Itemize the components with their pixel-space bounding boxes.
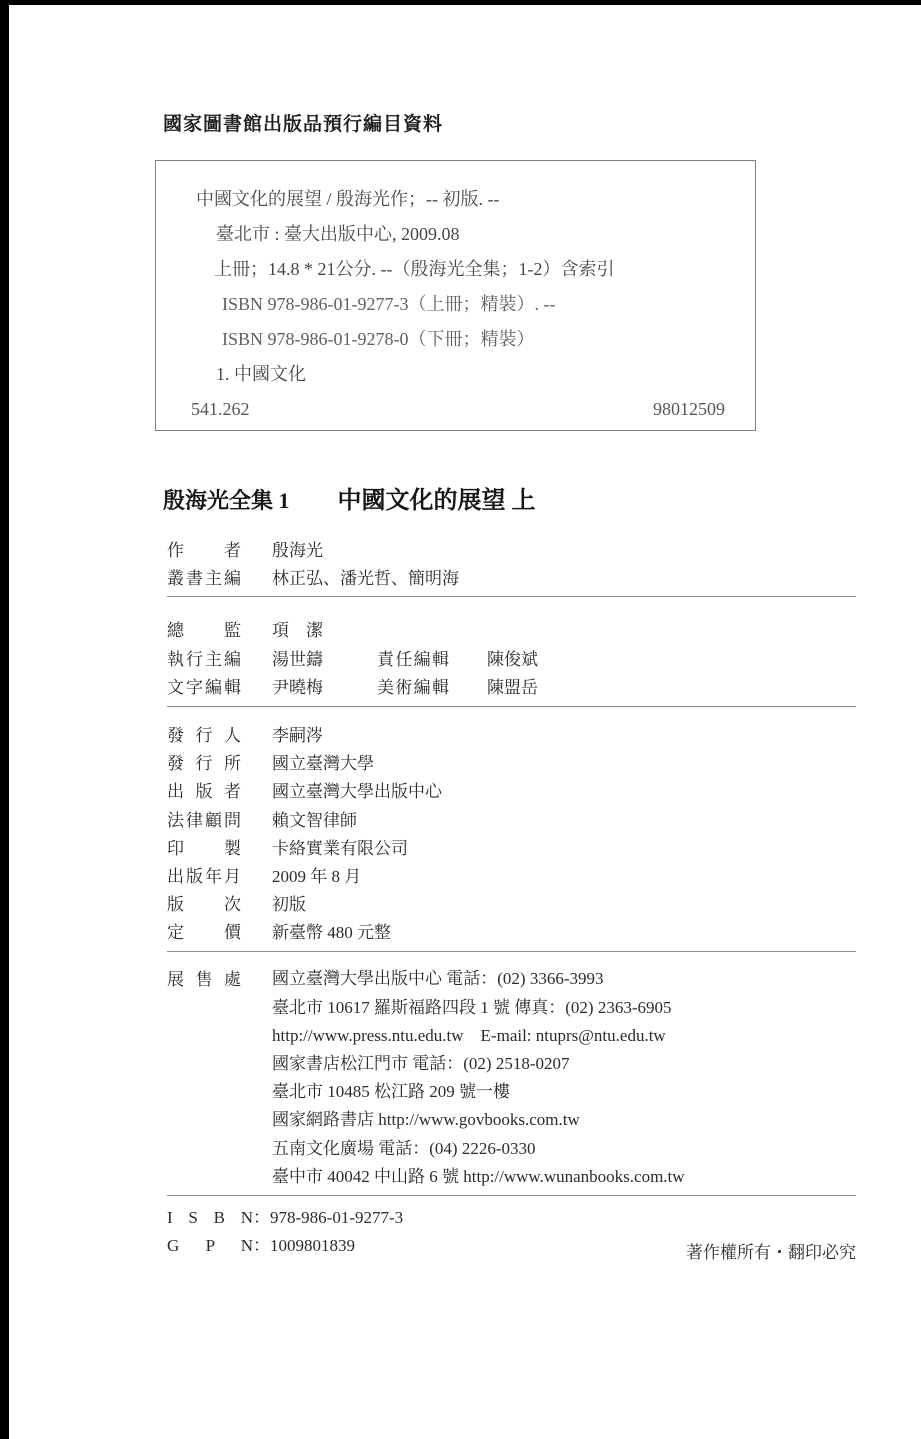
credit-value: 李嗣涔 [272, 726, 323, 745]
cip-data-box: 中國文化的展望 / 殷海光作；-- 初版. -- 臺北市 : 臺大出版中心, 2… [155, 160, 756, 431]
credit-label: 責任編輯 [377, 646, 449, 674]
cip-format-line: 上冊；14.8 * 21公分. --（殷海光全集；1-2）含索引 [214, 252, 755, 287]
credit-value: 項 潔 [272, 621, 323, 640]
credit-row-printer: 印 製卡絡實業有限公司 [167, 835, 856, 863]
book-title: 殷海光全集 1中國文化的展望 上 [163, 480, 536, 515]
credit-value: 卡絡實業有限公司 [272, 839, 408, 858]
credit-value: 林正弘、潘光哲、簡明海 [272, 569, 459, 588]
credit-value: 國立臺灣大學出版中心 [272, 782, 442, 801]
credit-label: 文字編輯 [167, 674, 241, 702]
credit-label: 發 行 人 [167, 722, 241, 750]
scan-edge-top-bar [0, 0, 921, 5]
credit-label: 發 行 所 [167, 750, 241, 778]
book-title-main: 中國文化的展望 上 [338, 488, 536, 514]
credit-value: 初版 [272, 895, 306, 914]
scan-edge-left-bar [0, 0, 9, 1439]
cip-isbn-vol2-line: ISBN 978-986-01-9278-0（下冊；精裝） [222, 322, 755, 357]
credit-value: 國立臺灣大學 [272, 754, 374, 773]
distribution-line: 臺北市 10485 松江路 209 號一樓 [272, 1078, 856, 1106]
distribution-line: 臺中市 40042 中山路 6 號 http://www.wunanbooks.… [272, 1163, 856, 1191]
cip-title-line: 中國文化的展望 / 殷海光作；-- 初版. -- [196, 182, 755, 217]
distribution-line: 國立臺灣大學出版中心 電話：(02) 3366-3993 [272, 965, 856, 993]
credit-row-publisher-person: 發 行 人李嗣涔 [167, 722, 856, 750]
credit-label: 叢書主編 [167, 565, 241, 593]
cip-record-number: 98012509 [653, 392, 725, 427]
credit-label: 定 價 [167, 919, 241, 947]
cip-class-number: 541.262 [191, 392, 250, 427]
divider-rule [167, 1195, 856, 1196]
credit-row-executive-editor: 執行主編湯世鑄責任編輯陳俊斌 [167, 646, 856, 674]
credit-row-publishing-house: 出 版 者國立臺灣大學出版中心 [167, 778, 856, 806]
credit-label: 法律顧問 [167, 807, 241, 835]
distribution-line: 臺北市 10617 羅斯福路四段 1 號 傳真：(02) 2363-6905 [272, 994, 856, 1022]
footer-isbn-row: I S B N：978-986-01-9277-3 [167, 1204, 856, 1232]
distribution-label: 展 售 處 [167, 965, 241, 1191]
credit-value: 湯世鑄 [272, 646, 377, 674]
credit-label: 出 版 者 [167, 778, 241, 806]
gpn-value: ：1009801839 [253, 1236, 355, 1255]
credit-label: 版 次 [167, 891, 241, 919]
credit-value: 陳俊斌 [487, 650, 538, 669]
isbn-value: ：978-986-01-9277-3 [253, 1208, 403, 1227]
distribution-line: http://www.press.ntu.edu.tw E-mail: ntup… [272, 1022, 856, 1050]
credit-row-text-editor: 文字編輯尹曉梅美術編輯陳盟岳 [167, 674, 856, 702]
credit-label: 總 監 [167, 617, 241, 645]
credit-row-legal-advisor: 法律顧問賴文智律師 [167, 807, 856, 835]
distribution-line: 五南文化廣場 電話：(04) 2226-0330 [272, 1135, 856, 1163]
credit-label: 執行主編 [167, 646, 241, 674]
credit-value: 陳盟岳 [487, 678, 538, 697]
distribution-line: 國家書店松江門市 電話：(02) 2518-0207 [272, 1050, 856, 1078]
colophon-credits: 作 者殷海光 叢書主編林正弘、潘光哲、簡明海 總 監項 潔 執行主編湯世鑄責任編… [167, 537, 856, 1260]
gpn-label: G P N [167, 1232, 253, 1260]
credit-row-issuing-body: 發 行 所國立臺灣大學 [167, 750, 856, 778]
credit-label: 印 製 [167, 835, 241, 863]
cip-header: 國家圖書館出版品預行編目資料 [163, 109, 443, 136]
distribution-line: 國家網路書店 http://www.govbooks.com.tw [272, 1106, 856, 1134]
cip-bottom-row: 541.262 98012509 [191, 392, 725, 427]
divider-rule [167, 951, 856, 952]
cip-isbn-vol1-line: ISBN 978-986-01-9277-3（上冊；精裝）. -- [222, 287, 755, 322]
credit-label: 出版年月 [167, 863, 241, 891]
credit-row-edition: 版 次初版 [167, 891, 856, 919]
divider-rule [167, 706, 856, 707]
credit-row-price: 定 價新臺幣 480 元整 [167, 919, 856, 947]
cip-subject-line: 1. 中國文化 [216, 357, 755, 392]
credit-value: 殷海光 [272, 541, 323, 560]
book-series-label: 殷海光全集 1 [163, 488, 290, 513]
credit-value: 2009 年 8 月 [272, 867, 361, 886]
credit-label: 作 者 [167, 537, 241, 565]
isbn-label: I S B N [167, 1204, 253, 1232]
credit-row-publication-date: 出版年月2009 年 8 月 [167, 863, 856, 891]
copyright-notice: 著作權所有・翻印必究 [686, 1238, 856, 1263]
credit-label: 美術編輯 [377, 674, 449, 702]
cip-publisher-line: 臺北市 : 臺大出版中心, 2009.08 [216, 217, 755, 252]
credit-value: 尹曉梅 [272, 674, 377, 702]
credit-value: 賴文智律師 [272, 811, 357, 830]
distribution-lines: 國立臺灣大學出版中心 電話：(02) 3366-3993 臺北市 10617 羅… [272, 965, 856, 1191]
credit-row-series-editors: 叢書主編林正弘、潘光哲、簡明海 [167, 565, 856, 593]
credit-value: 新臺幣 480 元整 [272, 923, 391, 942]
distribution-block: 展 售 處 國立臺灣大學出版中心 電話：(02) 3366-3993 臺北市 1… [167, 965, 856, 1191]
credit-row-director: 總 監項 潔 [167, 617, 856, 645]
credit-row-author: 作 者殷海光 [167, 537, 856, 565]
divider-rule [167, 596, 856, 597]
